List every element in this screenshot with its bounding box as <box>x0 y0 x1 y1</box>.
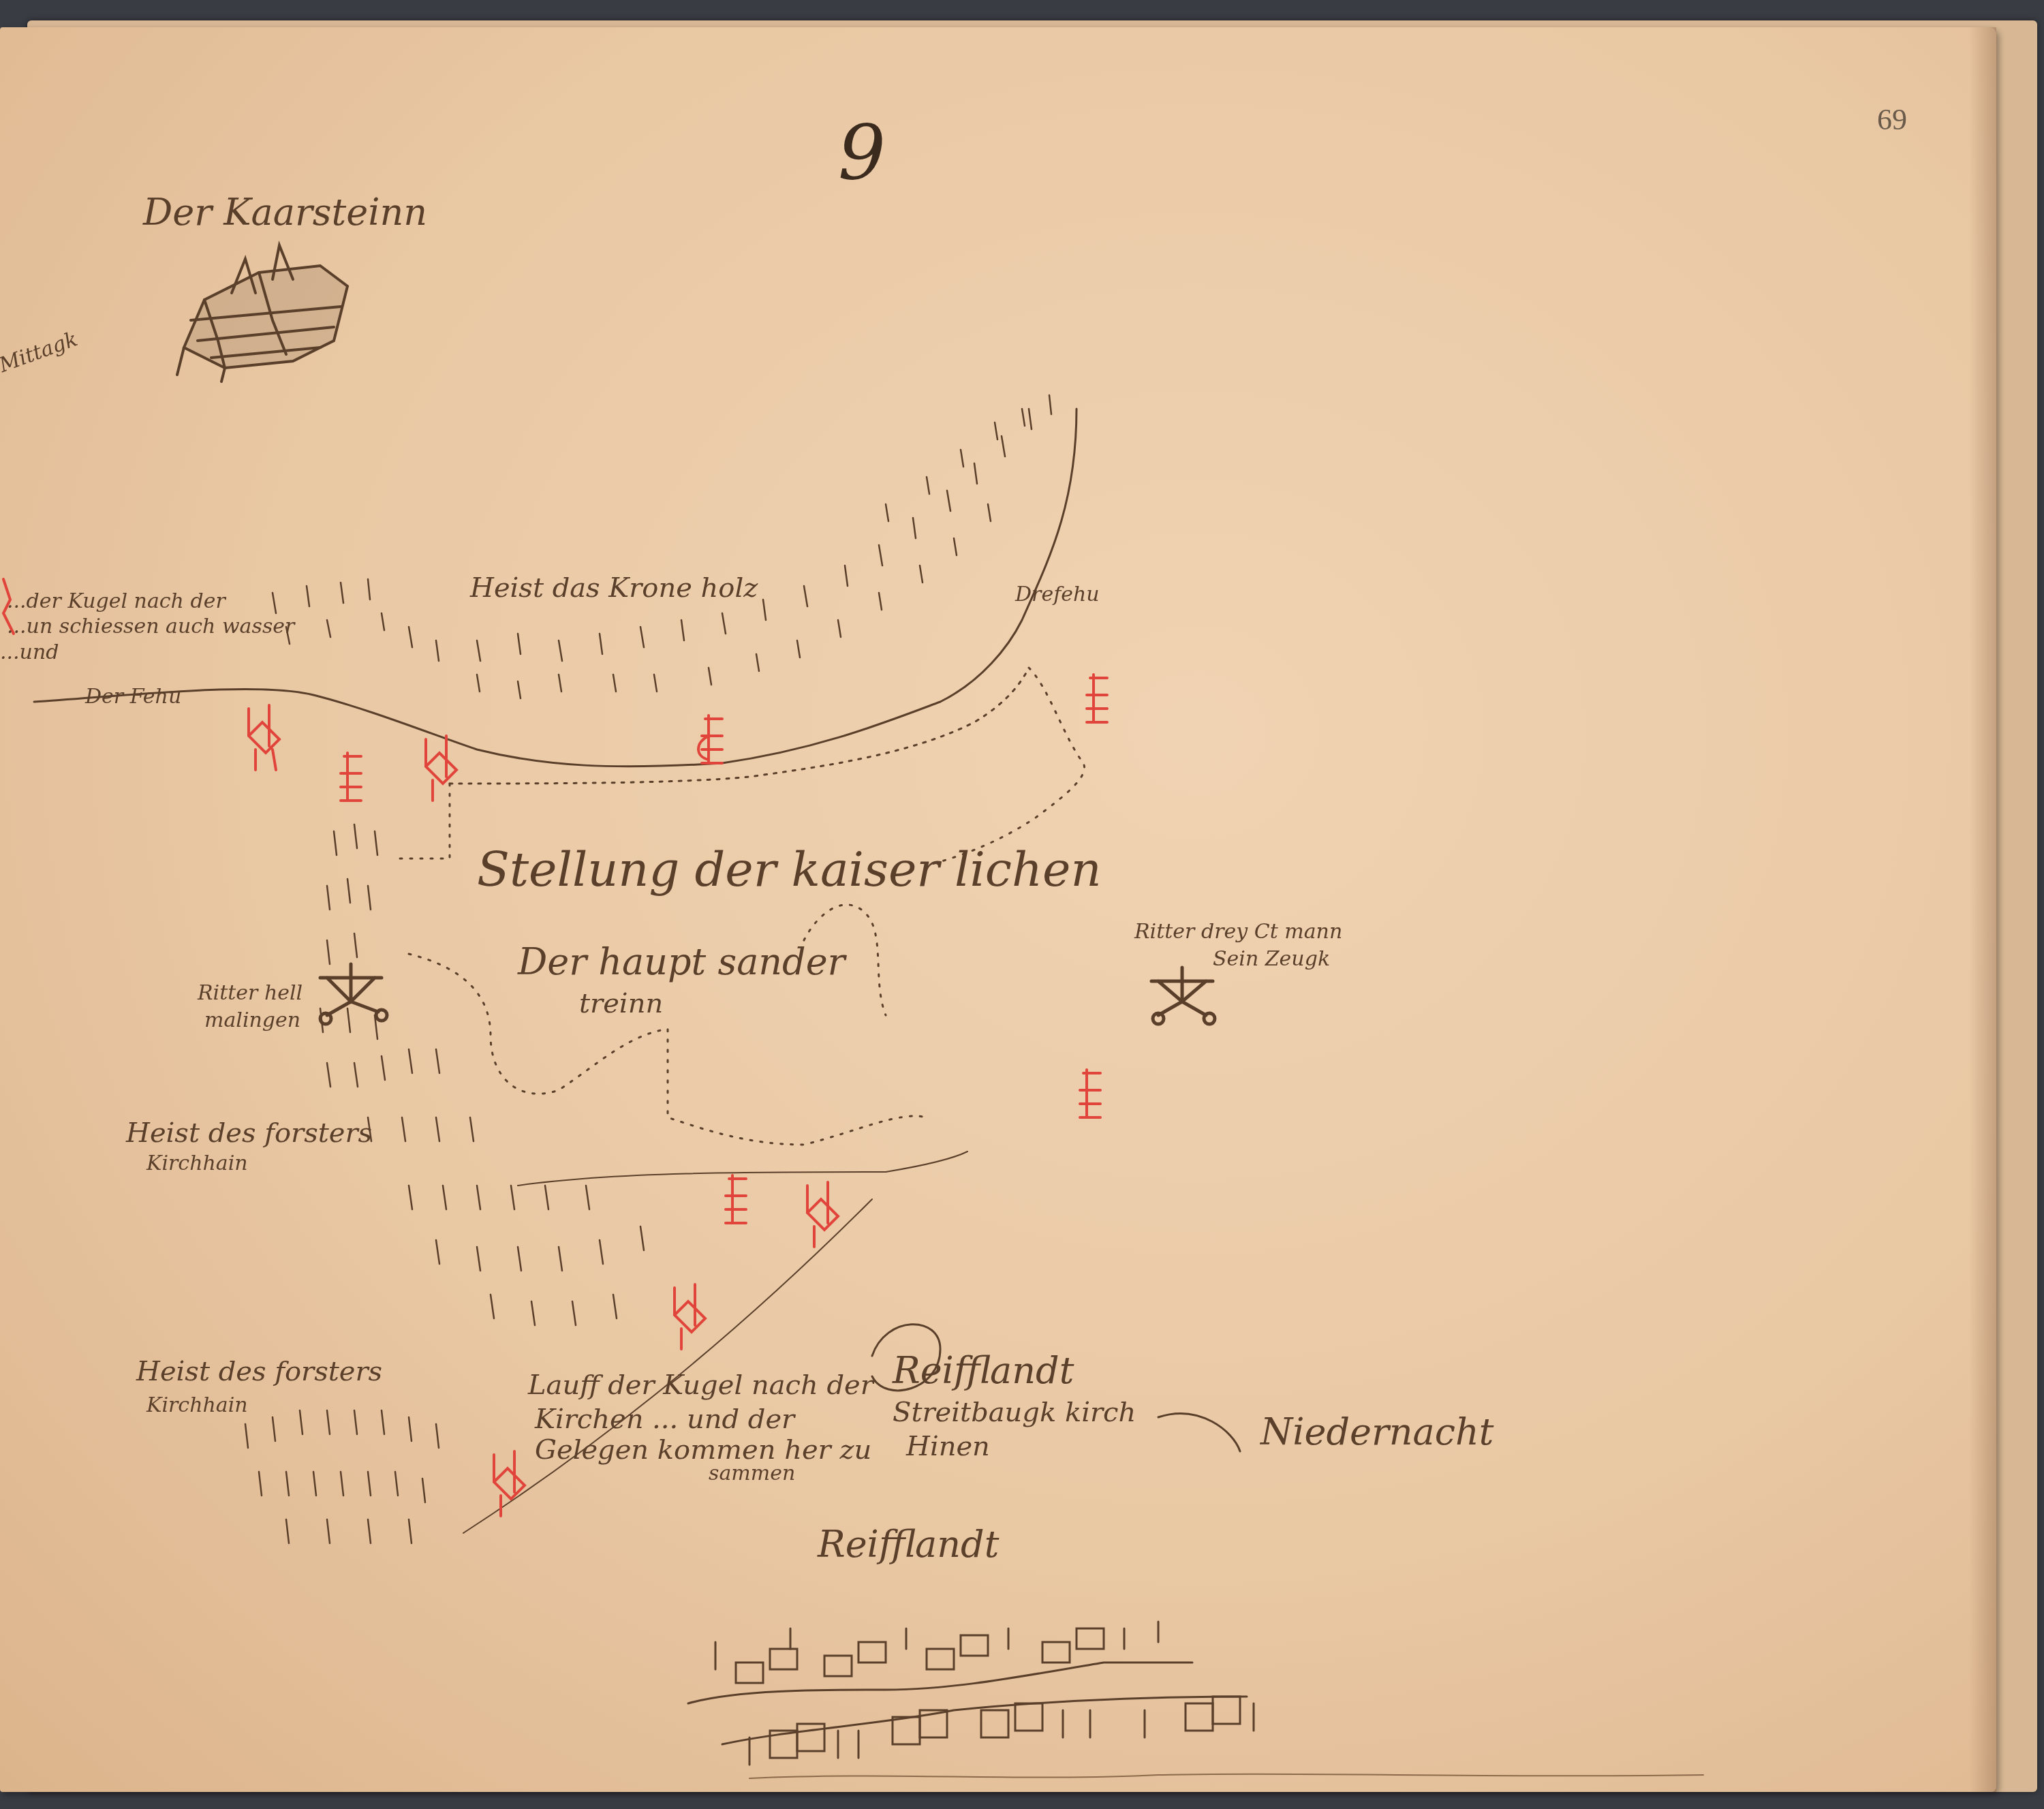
place-label-niedernacht: Niedernacht <box>1260 1410 1494 1453</box>
red-e-mark-icon <box>341 753 361 801</box>
flourish-niedernacht <box>1158 1414 1240 1451</box>
forst-lower-line2: Kirchhain <box>146 1393 248 1417</box>
kugel-note-line1: ...der Kugel nach der <box>7 589 226 613</box>
ritter-right-line2: Sein Zeugk <box>1213 947 1330 971</box>
reifland-line1: Reifflandt <box>893 1349 1074 1392</box>
lauff-line3: Gelegen kommen her zu <box>535 1434 871 1466</box>
red-cross-mark-icon <box>249 705 279 770</box>
forst-upper-line1: Heist des forsters <box>126 1117 372 1149</box>
river-lower-dotted <box>450 668 1029 784</box>
ritter-left-line2: malingen <box>204 1008 300 1032</box>
page-torn-edge-bottom <box>749 1774 1703 1778</box>
village-row-lower <box>722 1697 1254 1765</box>
castle-icon <box>177 245 347 382</box>
reifland-line2: Streitbaugk kirch <box>893 1397 1136 1428</box>
lauff-line2: Kirchen ... und der <box>535 1404 794 1435</box>
red-cross-mark-icon <box>494 1451 525 1516</box>
red-e-mark-icon <box>726 1175 746 1223</box>
camp-label-stellung: Stellung der kaiser lichen <box>477 841 1102 897</box>
road-line <box>518 1151 967 1186</box>
camp-label-haupt-line2: treinn <box>579 988 663 1019</box>
map-sheet: 69 9 <box>0 27 1996 1792</box>
forst-lower-line1: Heist des forsters <box>136 1356 382 1387</box>
red-e-mark-icon <box>1080 1070 1100 1117</box>
red-cross-mark-icon <box>675 1284 705 1349</box>
ritter-left-line1: Ritter hell <box>198 981 303 1005</box>
red-e-mark-icon <box>698 715 722 763</box>
camp-label-haupt-line1: Der haupt sander <box>518 940 845 983</box>
place-label-drefehu: Drefehu <box>1015 583 1100 606</box>
reifland-line3: Hinen <box>906 1431 990 1462</box>
lauff-line1: Lauff der Kugel nach der <box>528 1370 873 1401</box>
road-diagonal <box>463 1199 872 1533</box>
boundary-cross-icon-left <box>320 964 387 1024</box>
river-label-fehu: Der Fehu <box>85 685 181 709</box>
boundary-cross-icon-right <box>1151 968 1215 1024</box>
castle-title: Der Kaarsteinn <box>143 191 427 234</box>
village-row-upper <box>688 1622 1192 1703</box>
kugel-note-line2: ...un schiessen auch wasser <box>7 615 294 638</box>
ritter-right-line1: Ritter drey Ct mann <box>1134 920 1342 944</box>
forst-upper-line2: Kirchhain <box>146 1151 248 1175</box>
forest-hatching-upper <box>273 395 1051 698</box>
forest-label-krone-holz: Heist das Krone holz <box>470 572 758 604</box>
red-cross-mark-icon <box>426 736 456 801</box>
place-label-reifland-bottom: Reifflandt <box>818 1523 999 1566</box>
lauff-line4: sammen <box>709 1462 795 1485</box>
red-e-mark-icon <box>1087 675 1107 722</box>
kugel-note-line3: ...und <box>0 640 59 664</box>
